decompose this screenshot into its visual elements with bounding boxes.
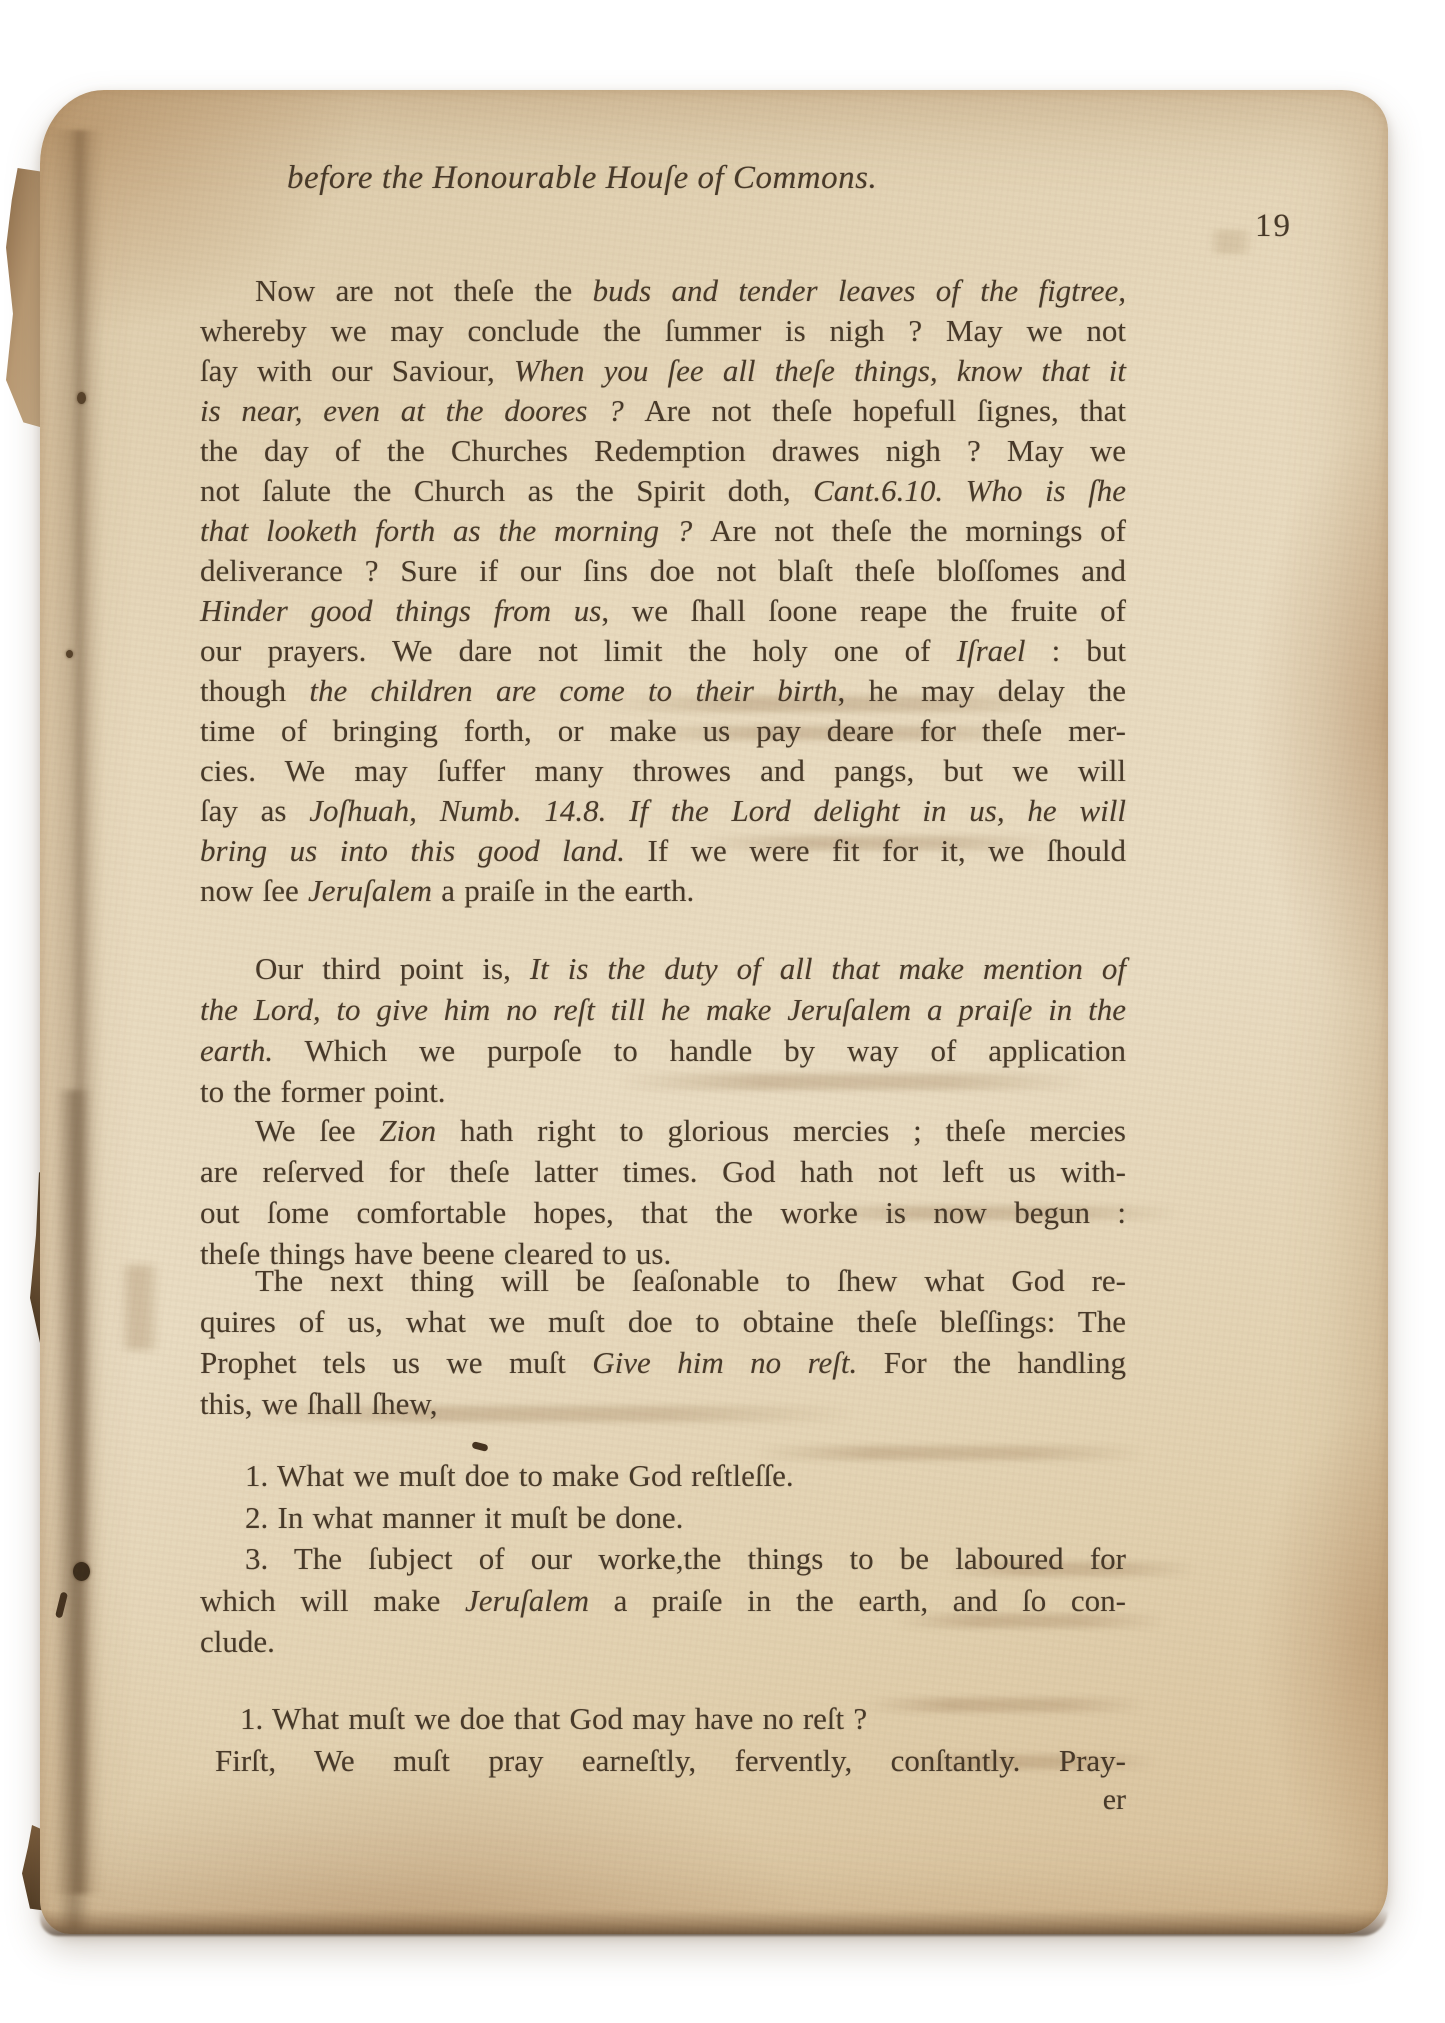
book-photo: before the Honourable Houſe of Commons. …: [0, 0, 1445, 2023]
sewing-hole: [77, 392, 86, 404]
ink-speck: [471, 1441, 488, 1452]
paragraph-buds-and-tender-leaves: Now are not theſe the buds and tender le…: [200, 271, 1126, 911]
question-block: 1. What muſt we doe that God may have no…: [200, 1698, 1126, 1782]
running-header: before the Honourable Houſe of Commons.: [287, 160, 877, 197]
paragraph-our-third-point: Our third point is, It is the duty of al…: [200, 948, 1126, 1112]
bleedthrough-mark: [1208, 230, 1254, 254]
paragraph-the-next-thing: The next thing will be ſeaſonable to ſhe…: [200, 1260, 1126, 1424]
page-number: 19: [1255, 208, 1292, 245]
gutter-crease-lower: [56, 1090, 92, 1930]
catchword: er: [200, 1783, 1144, 1817]
book-page: before the Honourable Houſe of Commons. …: [40, 90, 1388, 1934]
bleedthrough-mark: [120, 1265, 160, 1350]
numbered-list: 1. What we muſt doe to make God reſtleſſ…: [200, 1455, 1126, 1663]
sewing-hole: [73, 1562, 90, 1581]
paragraph-we-see-zion: We ſee Zion hath right to glorious merci…: [200, 1110, 1126, 1274]
sewing-hole: [66, 650, 73, 658]
